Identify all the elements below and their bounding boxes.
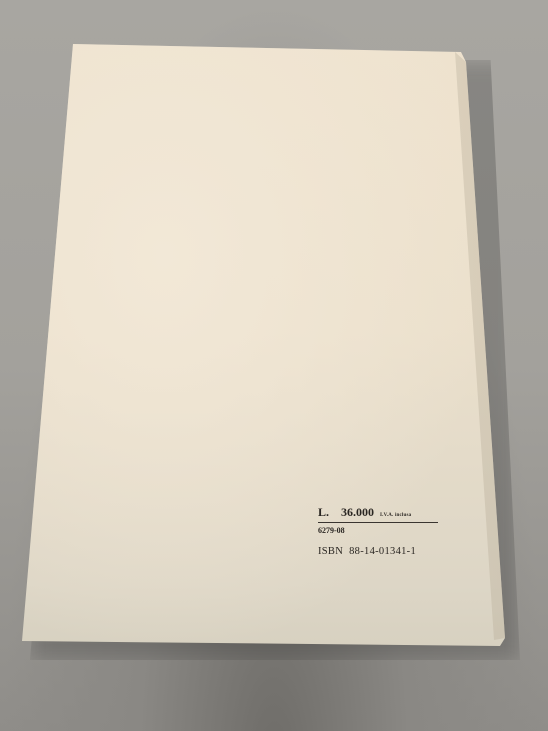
vat-note: I.V.A. inclusa [380,513,411,518]
price-line: L. 36.000 I.V.A. inclusa [318,505,448,520]
divider-rule [318,522,438,523]
price-currency: L. [318,505,329,520]
isbn-label: ISBN [318,546,343,557]
catalog-code: 6279-08 [318,526,448,535]
price-label-block: L. 36.000 I.V.A. inclusa 6279-08 ISBN88-… [318,505,448,557]
isbn-number: 88-14-01341-1 [349,546,416,557]
price-value: 36.000 [341,505,374,520]
isbn-line: ISBN88-14-01341-1 [318,546,448,557]
